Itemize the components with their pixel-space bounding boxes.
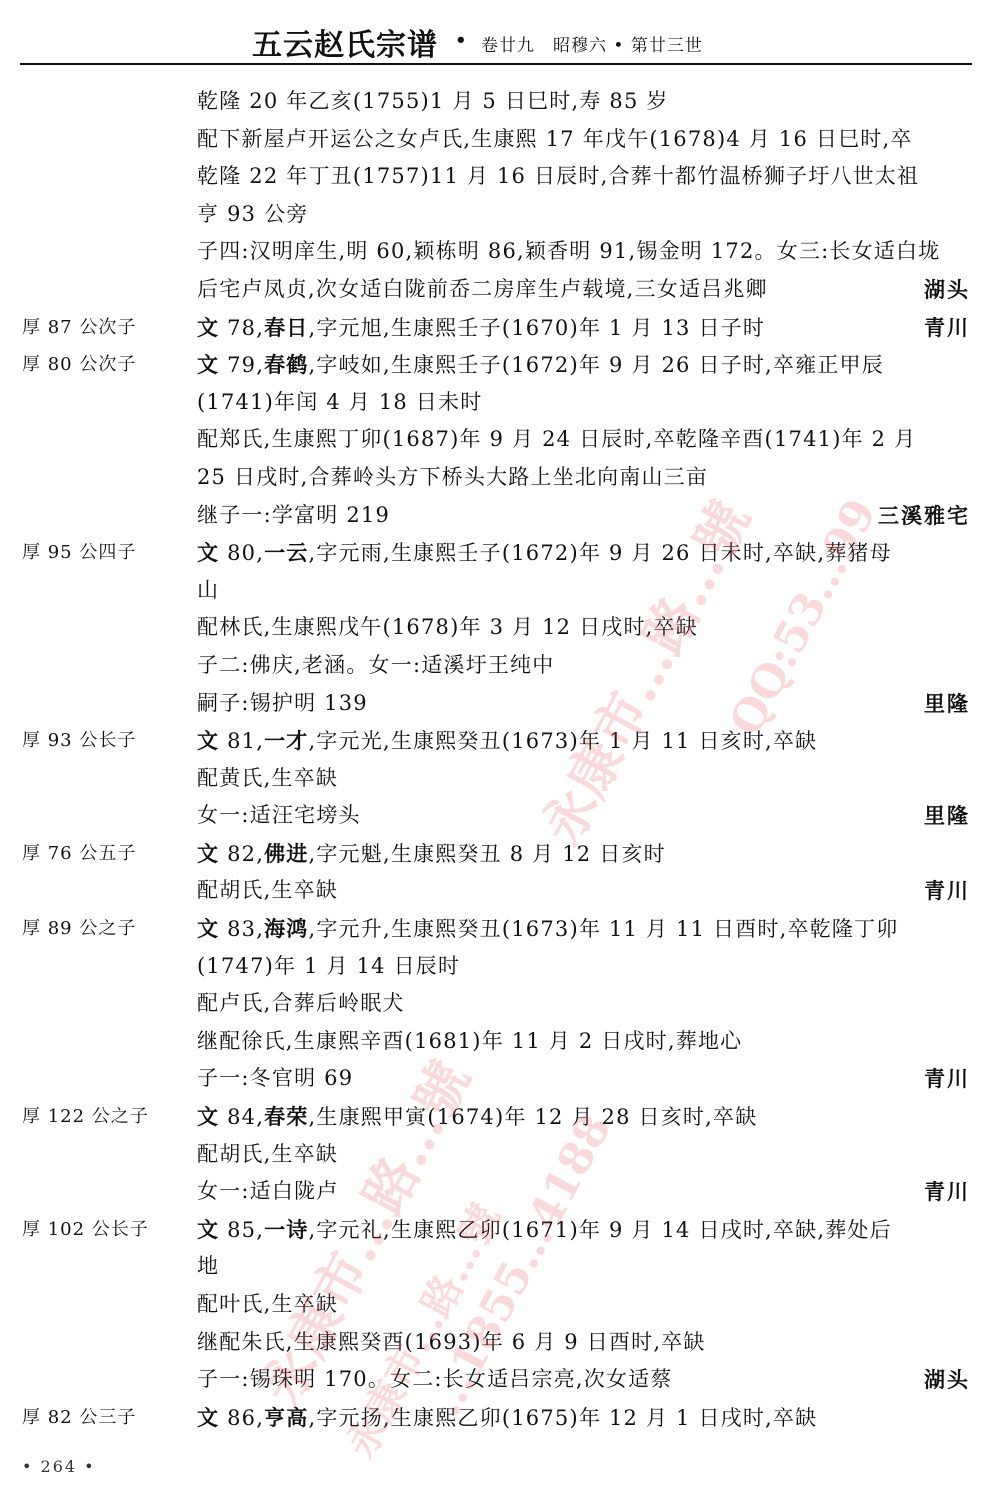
text-segment: (1747)年 1 月 14 日辰时 bbox=[197, 954, 460, 978]
entry-text: (1747)年 1 月 14 日辰时 bbox=[197, 948, 460, 986]
text-segment: 继配朱氏,生康熙癸酉(1693)年 6 月 9 日酉时,卒缺 bbox=[197, 1330, 706, 1354]
text-segment: 配黄氏,生卒缺 bbox=[197, 766, 338, 790]
text-segment: ,字元雨,生康熙壬子(1672)年 9 月 26 日未时,卒缺,葬猪母 bbox=[308, 541, 891, 565]
entry-line: 厚 76 公五子文 82,佛进,字元魁,生康熙癸丑 8 月 12 日亥时 bbox=[0, 835, 992, 873]
generation-label: 厚 95 公四子 bbox=[22, 534, 136, 572]
text-segment: 83, bbox=[219, 917, 264, 941]
entry-text: 嗣子:锡护明 139 bbox=[197, 685, 368, 723]
entry-line: 继配徐氏,生康熙辛酉(1681)年 11 月 2 日戌时,葬地心 bbox=[0, 1023, 992, 1061]
generation-label: 厚 122 公之子 bbox=[22, 1098, 149, 1136]
entry-line: 厚 93 公长子文 81,一才,字元光,生康熙癸丑(1673)年 1 月 11 … bbox=[0, 722, 992, 760]
entry-text: 山 bbox=[197, 572, 219, 610]
entry-text: 配下新屋卢开运公之女卢氏,生康熙 17 年戊午(1678)4 月 16 日巳时,… bbox=[197, 121, 913, 159]
generation-label: 厚 82 公三子 bbox=[22, 1399, 136, 1437]
entry-line: 亨 93 公旁 bbox=[0, 196, 992, 234]
entry-line: 厚 82 公三子文 86,亨高,字元扬,生康熙乙卯(1675)年 12 月 1 … bbox=[0, 1399, 992, 1437]
entry-text: 文 78,春日,字元旭,生康熙壬子(1670)年 1 月 13 日子时 bbox=[197, 309, 765, 348]
text-segment: ,生康熙甲寅(1674)年 12 月 28 日亥时,卒缺 bbox=[308, 1105, 757, 1129]
entry-text: 文 82,佛进,字元魁,生康熙癸丑 8 月 12 日亥时 bbox=[197, 835, 666, 874]
entry-text: 配卢氏,合葬后岭眠犬 bbox=[197, 985, 405, 1023]
entry-line: 乾隆 22 年丁丑(1757)11 月 16 日辰时,合葬十都竹温桥狮子圩八世太… bbox=[0, 158, 992, 196]
text-segment: 配胡氏,生卒缺 bbox=[197, 878, 338, 902]
text-segment: 配叶氏,生卒缺 bbox=[197, 1292, 338, 1316]
title-separator: • bbox=[455, 30, 467, 51]
entry-text: 继配朱氏,生康熙癸酉(1693)年 6 月 9 日酉时,卒缺 bbox=[197, 1324, 706, 1362]
residence-label: 里隆 bbox=[924, 685, 970, 723]
text-segment: 继子一:学富明 219 bbox=[197, 503, 390, 527]
text-segment: 乾隆 20 年乙亥(1755)1 月 5 日巳时,寿 85 岁 bbox=[197, 89, 669, 113]
generation-label: 厚 76 公五子 bbox=[22, 835, 136, 873]
entry-text: 配黄氏,生卒缺 bbox=[197, 760, 338, 798]
entry-text: 文 86,亨高,字元扬,生康熙乙卯(1675)年 12 月 1 日戌时,卒缺 bbox=[197, 1399, 817, 1438]
entry-line: 配胡氏,生卒缺青川 bbox=[0, 872, 992, 910]
entry-line: 厚 87 公次子文 78,春日,字元旭,生康熙壬子(1670)年 1 月 13 … bbox=[0, 309, 992, 347]
entry-line: 女一:适白陇卢青川 bbox=[0, 1173, 992, 1211]
residence-label: 湖头 bbox=[924, 1361, 970, 1399]
text-segment: 子二:佛庆,老涵。女一:适溪圩王纯中 bbox=[197, 653, 554, 677]
person-name: 春荣 bbox=[264, 1104, 308, 1129]
entry-text: 女一:适汪宅塝头 bbox=[197, 797, 361, 835]
generation-char: 文 bbox=[197, 315, 219, 340]
header-rule bbox=[20, 63, 972, 65]
entry-line: 配黄氏,生卒缺 bbox=[0, 760, 992, 798]
person-name: 一才 bbox=[264, 728, 308, 753]
text-segment: 85, bbox=[219, 1218, 264, 1242]
text-segment: 配胡氏,生卒缺 bbox=[197, 1142, 338, 1166]
book-title: 五云赵氏宗谱 bbox=[252, 20, 438, 64]
entry-line: 乾隆 20 年乙亥(1755)1 月 5 日巳时,寿 85 岁 bbox=[0, 83, 992, 121]
text-segment: 配卢氏,合葬后岭眠犬 bbox=[197, 991, 405, 1015]
entry-line: 25 日戌时,合葬岭头方下桥头大路上坐北向南山三亩 bbox=[0, 459, 992, 497]
entry-text: 乾隆 22 年丁丑(1757)11 月 16 日辰时,合葬十都竹温桥狮子圩八世太… bbox=[197, 158, 919, 196]
entry-line: 子二:佛庆,老涵。女一:适溪圩王纯中 bbox=[0, 647, 992, 685]
entry-line: 厚 122 公之子文 84,春荣,生康熙甲寅(1674)年 12 月 28 日亥… bbox=[0, 1098, 992, 1136]
entry-text: 女一:适白陇卢 bbox=[197, 1173, 338, 1211]
text-segment: 子一:冬官明 69 bbox=[197, 1066, 353, 1090]
generation-char: 文 bbox=[197, 841, 219, 866]
person-name: 佛进 bbox=[264, 841, 308, 866]
generation-label: 厚 89 公之子 bbox=[22, 910, 136, 948]
text-segment: 女一:适汪宅塝头 bbox=[197, 803, 361, 827]
entry-text: 配郑氏,生康熙丁卯(1687)年 9 月 24 日辰时,卒乾隆辛酉(1741)年… bbox=[197, 421, 916, 459]
generation-char: 文 bbox=[197, 1405, 219, 1430]
text-segment: 配下新屋卢开运公之女卢氏,生康熙 17 年戊午(1678)4 月 16 日巳时,… bbox=[197, 127, 913, 151]
text-segment: 嗣子:锡护明 139 bbox=[197, 691, 368, 715]
text-segment: 84, bbox=[219, 1105, 264, 1129]
genealogy-body: 乾隆 20 年乙亥(1755)1 月 5 日巳时,寿 85 岁配下新屋卢开运公之… bbox=[0, 83, 992, 1436]
entry-text: 文 81,一才,字元光,生康熙癸丑(1673)年 1 月 11 日亥时,卒缺 bbox=[197, 722, 817, 761]
generation-char: 文 bbox=[197, 916, 219, 941]
text-segment: 地 bbox=[197, 1254, 219, 1278]
entry-text: 配胡氏,生卒缺 bbox=[197, 1136, 338, 1174]
entry-line: 配郑氏,生康熙丁卯(1687)年 9 月 24 日辰时,卒乾隆辛酉(1741)年… bbox=[0, 421, 992, 459]
entry-text: 子二:佛庆,老涵。女一:适溪圩王纯中 bbox=[197, 647, 554, 685]
residence-label: 里隆 bbox=[924, 797, 970, 835]
text-segment: 亨 93 公旁 bbox=[197, 202, 308, 226]
entry-text: 子一:冬官明 69 bbox=[197, 1060, 353, 1098]
residence-label: 青川 bbox=[924, 1060, 970, 1098]
residence-label: 青川 bbox=[924, 1173, 970, 1211]
entry-text: 亨 93 公旁 bbox=[197, 196, 308, 234]
page-number: • 264 • bbox=[22, 1457, 96, 1476]
entry-text: 25 日戌时,合葬岭头方下桥头大路上坐北向南山三亩 bbox=[197, 459, 708, 497]
text-segment: 配郑氏,生康熙丁卯(1687)年 9 月 24 日辰时,卒乾隆辛酉(1741)年… bbox=[197, 427, 916, 451]
generation-label: 厚 80 公次子 bbox=[22, 346, 136, 384]
entry-text: 文 84,春荣,生康熙甲寅(1674)年 12 月 28 日亥时,卒缺 bbox=[197, 1098, 757, 1137]
entry-text: 配叶氏,生卒缺 bbox=[197, 1286, 338, 1324]
text-segment: 25 日戌时,合葬岭头方下桥头大路上坐北向南山三亩 bbox=[197, 465, 708, 489]
volume-subtitle: 卷廿九 昭穆六 • 第廿三世 bbox=[481, 31, 703, 56]
text-segment: ,字元旭,生康熙壬子(1670)年 1 月 13 日子时 bbox=[308, 316, 765, 340]
text-segment: ,字岐如,生康熙壬子(1672)年 9 月 26 日子时,卒雍正甲辰 bbox=[308, 353, 883, 377]
entry-line: 配胡氏,生卒缺 bbox=[0, 1136, 992, 1174]
entry-line: 配下新屋卢开运公之女卢氏,生康熙 17 年戊午(1678)4 月 16 日巳时,… bbox=[0, 121, 992, 159]
text-segment: 86, bbox=[219, 1406, 264, 1430]
text-segment: ,字元礼,生康熙乙卯(1671)年 9 月 14 日戌时,卒缺,葬处后 bbox=[308, 1218, 891, 1242]
entry-text: 配胡氏,生卒缺 bbox=[197, 872, 338, 910]
text-segment: ,字元升,生康熙癸丑(1673)年 11 月 11 日酉时,卒乾隆丁卯 bbox=[308, 917, 898, 941]
entry-line: 继子一:学富明 219三溪雅宅 bbox=[0, 497, 992, 535]
text-segment: 配林氏,生康熙戊午(1678)年 3 月 12 日戌时,卒缺 bbox=[197, 615, 698, 639]
entry-line: 女一:适汪宅塝头里隆 bbox=[0, 797, 992, 835]
text-segment: 78, bbox=[219, 316, 264, 340]
entry-line: 继配朱氏,生康熙癸酉(1693)年 6 月 9 日酉时,卒缺 bbox=[0, 1324, 992, 1362]
text-segment: 80, bbox=[219, 541, 264, 565]
text-segment: 82, bbox=[219, 842, 264, 866]
entry-line: 嗣子:锡护明 139里隆 bbox=[0, 685, 992, 723]
page-header: 五云赵氏宗谱 • 卷廿九 昭穆六 • 第廿三世 bbox=[0, 0, 992, 64]
generation-label: 厚 102 公长子 bbox=[22, 1211, 149, 1249]
entry-line: (1747)年 1 月 14 日辰时 bbox=[0, 948, 992, 986]
text-segment: 子四:汉明庠生,明 60,颖栋明 86,颖香明 91,锡金明 172。女三:长女… bbox=[197, 239, 940, 263]
entry-text: (1741)年闰 4 月 18 日未时 bbox=[197, 384, 482, 422]
entry-text: 后宅卢凤贞,次女适白陇前岙二房庠生卢载境,三女适吕兆卿 bbox=[197, 271, 768, 309]
generation-label: 厚 87 公次子 bbox=[22, 309, 136, 347]
generation-char: 文 bbox=[197, 1217, 219, 1242]
text-segment: 子一:锡珠明 170。女二:长女适吕宗亮,次女适蔡 bbox=[197, 1367, 673, 1391]
entry-text: 继配徐氏,生康熙辛酉(1681)年 11 月 2 日戌时,葬地心 bbox=[197, 1023, 742, 1061]
entry-line: 山 bbox=[0, 572, 992, 610]
generation-char: 文 bbox=[197, 352, 219, 377]
entry-line: (1741)年闰 4 月 18 日未时 bbox=[0, 384, 992, 422]
entry-line: 配叶氏,生卒缺 bbox=[0, 1286, 992, 1324]
entry-line: 厚 95 公四子文 80,一云,字元雨,生康熙壬子(1672)年 9 月 26 … bbox=[0, 534, 992, 572]
generation-char: 文 bbox=[197, 1104, 219, 1129]
entry-text: 文 83,海鸿,字元升,生康熙癸丑(1673)年 11 月 11 日酉时,卒乾隆… bbox=[197, 910, 898, 949]
generation-label: 厚 93 公长子 bbox=[22, 722, 136, 760]
text-segment: ,字元扬,生康熙乙卯(1675)年 12 月 1 日戌时,卒缺 bbox=[308, 1406, 817, 1430]
person-name: 海鸿 bbox=[264, 916, 308, 941]
entry-text: 文 85,一诗,字元礼,生康熙乙卯(1671)年 9 月 14 日戌时,卒缺,葬… bbox=[197, 1211, 892, 1250]
text-segment: 乾隆 22 年丁丑(1757)11 月 16 日辰时,合葬十都竹温桥狮子圩八世太… bbox=[197, 164, 919, 188]
generation-char: 文 bbox=[197, 728, 219, 753]
entry-text: 文 79,春鹤,字岐如,生康熙壬子(1672)年 9 月 26 日子时,卒雍正甲… bbox=[197, 346, 884, 385]
generation-char: 文 bbox=[197, 540, 219, 565]
text-segment: 79, bbox=[219, 353, 264, 377]
person-name: 春鹤 bbox=[264, 352, 308, 377]
entry-text: 文 80,一云,字元雨,生康熙壬子(1672)年 9 月 26 日未时,卒缺,葬… bbox=[197, 534, 892, 573]
person-name: 一诗 bbox=[264, 1217, 308, 1242]
person-name: 一云 bbox=[264, 540, 308, 565]
entry-text: 继子一:学富明 219 bbox=[197, 497, 390, 535]
entry-text: 子一:锡珠明 170。女二:长女适吕宗亮,次女适蔡 bbox=[197, 1361, 673, 1399]
entry-text: 配林氏,生康熙戊午(1678)年 3 月 12 日戌时,卒缺 bbox=[197, 609, 698, 647]
person-name: 春日 bbox=[264, 315, 308, 340]
entry-line: 子四:汉明庠生,明 60,颖栋明 86,颖香明 91,锡金明 172。女三:长女… bbox=[0, 233, 992, 271]
entry-line: 配林氏,生康熙戊午(1678)年 3 月 12 日戌时,卒缺 bbox=[0, 609, 992, 647]
entry-text: 乾隆 20 年乙亥(1755)1 月 5 日巳时,寿 85 岁 bbox=[197, 83, 669, 121]
text-segment: 81, bbox=[219, 729, 264, 753]
entry-text: 地 bbox=[197, 1248, 219, 1286]
text-segment: (1741)年闰 4 月 18 日未时 bbox=[197, 390, 482, 414]
residence-label: 青川 bbox=[924, 309, 970, 347]
entry-line: 后宅卢凤贞,次女适白陇前岙二房庠生卢载境,三女适吕兆卿湖头 bbox=[0, 271, 992, 309]
person-name: 亨高 bbox=[264, 1405, 308, 1430]
text-segment: 后宅卢凤贞,次女适白陇前岙二房庠生卢载境,三女适吕兆卿 bbox=[197, 277, 768, 301]
entry-line: 厚 80 公次子文 79,春鹤,字岐如,生康熙壬子(1672)年 9 月 26 … bbox=[0, 346, 992, 384]
entry-line: 子一:冬官明 69青川 bbox=[0, 1060, 992, 1098]
entry-line: 子一:锡珠明 170。女二:长女适吕宗亮,次女适蔡湖头 bbox=[0, 1361, 992, 1399]
entry-line: 配卢氏,合葬后岭眠犬 bbox=[0, 985, 992, 1023]
residence-label: 湖头 bbox=[924, 271, 970, 309]
entry-line: 厚 89 公之子文 83,海鸿,字元升,生康熙癸丑(1673)年 11 月 11… bbox=[0, 910, 992, 948]
entry-line: 地 bbox=[0, 1248, 992, 1286]
entry-line: 厚 102 公长子文 85,一诗,字元礼,生康熙乙卯(1671)年 9 月 14… bbox=[0, 1211, 992, 1249]
text-segment: 山 bbox=[197, 578, 219, 602]
text-segment: 女一:适白陇卢 bbox=[197, 1179, 338, 1203]
text-segment: ,字元光,生康熙癸丑(1673)年 1 月 11 日亥时,卒缺 bbox=[308, 729, 817, 753]
entry-text: 子四:汉明庠生,明 60,颖栋明 86,颖香明 91,锡金明 172。女三:长女… bbox=[197, 233, 940, 271]
residence-label: 青川 bbox=[924, 872, 970, 910]
text-segment: 继配徐氏,生康熙辛酉(1681)年 11 月 2 日戌时,葬地心 bbox=[197, 1029, 742, 1053]
residence-label: 三溪雅宅 bbox=[878, 497, 970, 535]
text-segment: ,字元魁,生康熙癸丑 8 月 12 日亥时 bbox=[308, 842, 665, 866]
